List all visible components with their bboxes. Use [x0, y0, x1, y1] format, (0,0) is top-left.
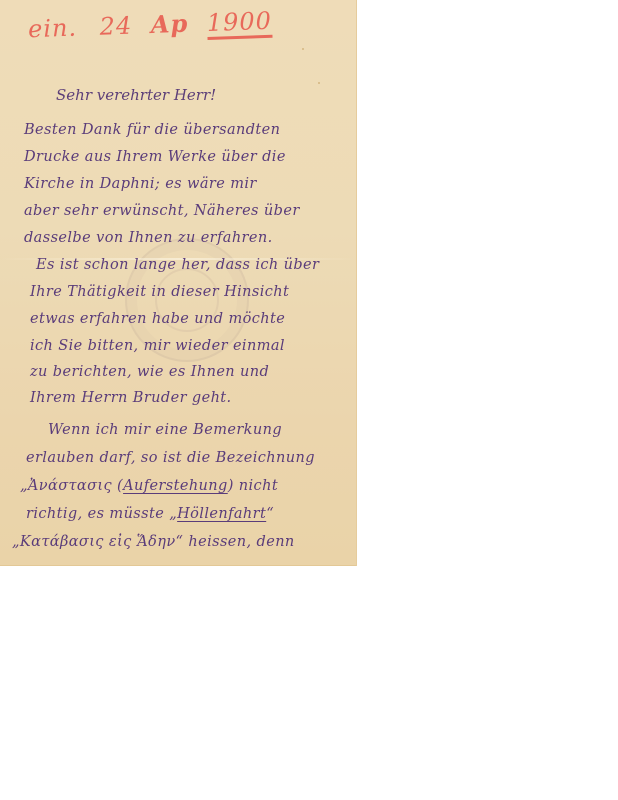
letter-line: Ihrem Herrn Bruder geht. [30, 390, 232, 406]
letter-line: „Κατάβασις εἰς Ἅδην“ heissen, denn [12, 534, 295, 550]
letter-line: aber sehr erwünscht, Näheres über [24, 203, 300, 219]
paper-spot [302, 48, 304, 50]
letter-line: Besten Dank für die übersandten [24, 122, 280, 138]
letter-line: Kirche in Daphni; es wäre mir [24, 176, 257, 192]
letter-line: zu berichten, wie es Ihnen und [30, 364, 269, 380]
annotation-year: 1900 [206, 7, 272, 40]
letter-line: dasselbe von Ihnen zu erfahren. [24, 230, 273, 246]
paper-spot [318, 82, 320, 84]
letter-line: richtig, es müsste „Höllenfahrt“ [26, 506, 274, 522]
letter-line: ich Sie bitten, mir wieder einmal [30, 338, 285, 354]
annotation-day: 24 [99, 12, 133, 41]
date-annotation: ein. 24 Ap 1900 [28, 6, 273, 43]
letter-line: Wenn ich mir eine Bemerkung [48, 422, 282, 438]
letter-line: Ihre Thätigkeit in dieser Hinsicht [30, 284, 289, 300]
letter-line: Drucke aus Ihrem Werke über die [24, 149, 286, 165]
letter-line: etwas erfahren habe und möchte [30, 311, 285, 327]
letter-page: ein. 24 Ap 1900 Sehr verehrter Herr! Bes… [0, 0, 357, 566]
letter-line: Es ist schon lange her, dass ich über [36, 257, 319, 273]
salutation: Sehr verehrter Herr! [56, 86, 216, 104]
annotation-month: Ap [150, 9, 188, 39]
letter-line: erlauben darf, so ist die Bezeichnung [26, 450, 315, 466]
letter-line: „Ἀνάστασις (Auferstehung) nicht [20, 478, 278, 494]
annotation-prefix: ein. [28, 14, 78, 44]
